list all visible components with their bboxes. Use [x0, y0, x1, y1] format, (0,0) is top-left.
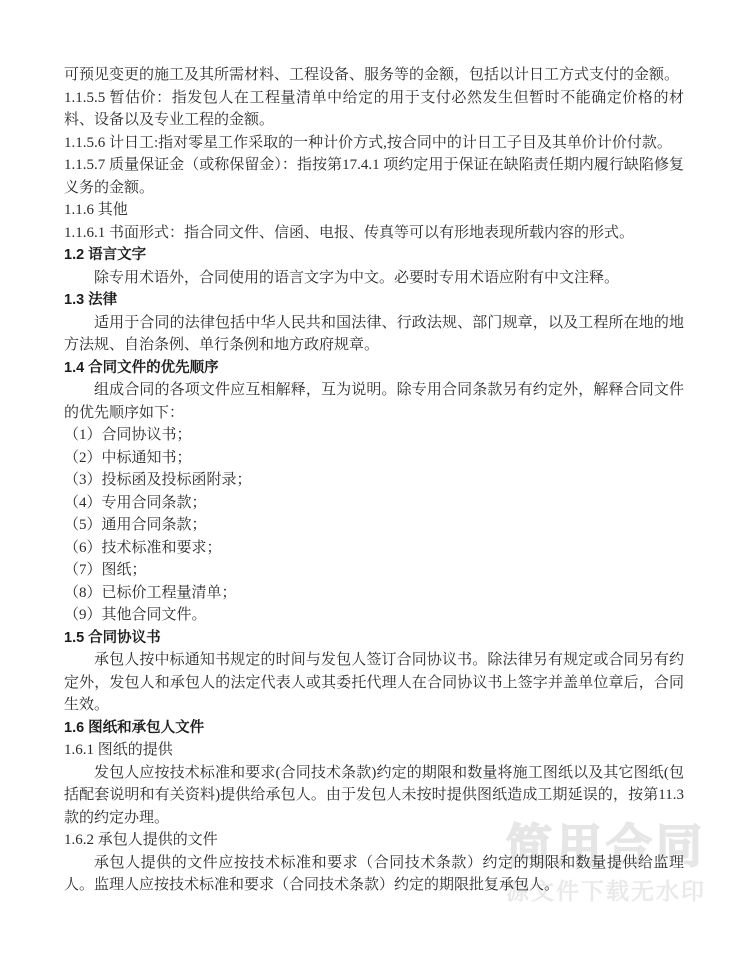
paragraph: 适用于合同的法律包括中华人民共和国法律、行政法规、部门规章，以及工程所在地的地方… [64, 312, 684, 357]
paragraph: 1.6.2 承包人提供的文件 [64, 829, 684, 852]
paragraph: （5）通用合同条款； [64, 514, 684, 537]
document-body: 可预见变更的施工及其所需材料、工程设备、服务等的金额，包括以计日工方式支付的金额… [64, 64, 684, 897]
paragraph: 1.6.1 图纸的提供 [64, 739, 684, 762]
paragraph: 承包人按中标通知书规定的时间与发包人签订合同协议书。除法律另有规定或合同另有约定… [64, 649, 684, 717]
paragraph: 1.1.5.5 暂估价：指发包人在工程量清单中给定的用于支付必然发生但暂时不能确… [64, 87, 684, 132]
paragraph: 1.1.5.6 计日工:指对零星工作采取的一种计价方式,按合同中的计日工子目及其… [64, 132, 684, 155]
section-heading: 1.5 合同协议书 [64, 627, 684, 650]
paragraph: 1.1.5.7 质量保证金（或称保留金）：指按第17.4.1 项约定用于保证在缺… [64, 154, 684, 199]
paragraph: （1）合同协议书； [64, 424, 684, 447]
paragraph: 1.1.6 其他 [64, 199, 684, 222]
paragraph: （9）其他合同文件。 [64, 604, 684, 627]
paragraph: 发包人应按技术标准和要求(合同技术条款)约定的期限和数量将施工图纸以及其它图纸(… [64, 762, 684, 830]
paragraph: 可预见变更的施工及其所需材料、工程设备、服务等的金额，包括以计日工方式支付的金额… [64, 64, 684, 87]
paragraph: 1.1.6.1 书面形式：指合同文件、信函、电报、传真等可以有形地表现所载内容的… [64, 222, 684, 245]
paragraph: （7）图纸； [64, 559, 684, 582]
section-heading: 1.4 合同文件的优先顺序 [64, 357, 684, 380]
paragraph: （6）技术标准和要求； [64, 537, 684, 560]
section-heading: 1.3 法律 [64, 289, 684, 312]
section-heading: 1.2 语言文字 [64, 244, 684, 267]
paragraph: （4）专用合同条款； [64, 492, 684, 515]
paragraph: （8）已标价工程量清单； [64, 582, 684, 605]
paragraph: 组成合同的各项文件应互相解释，互为说明。除专用合同条款另有约定外，解释合同文件的… [64, 379, 684, 424]
document-page: 简用合同 源文件下载无水印 可预见变更的施工及其所需材料、工程设备、服务等的金额… [0, 0, 742, 960]
section-heading: 1.6 图纸和承包人文件 [64, 717, 684, 740]
paragraph: 除专用术语外，合同使用的语言文字为中文。必要时专用术语应附有中文注释。 [64, 267, 684, 290]
paragraph: 承包人提供的文件应按技术标准和要求（合同技术条款）约定的期限和数量提供给监理人。… [64, 852, 684, 897]
paragraph: （2）中标通知书； [64, 447, 684, 470]
paragraph: （3）投标函及投标函附录； [64, 469, 684, 492]
